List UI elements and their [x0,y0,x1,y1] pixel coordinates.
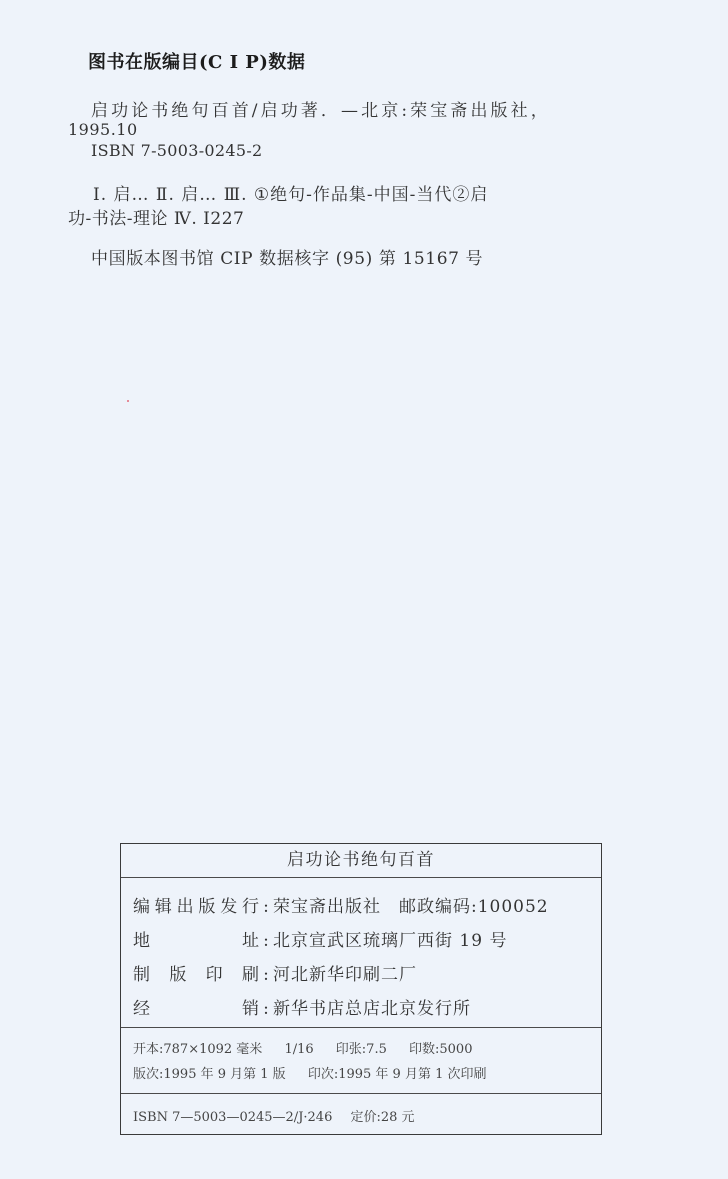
address-value: 北京宣武区琉璃厂西街 19 号 [273,926,507,951]
label-char: 辑 [155,892,172,917]
cip-isbn-line: ISBN 7-5003-0245-2 [91,141,263,160]
print-run: 印数:5000 [409,1042,472,1057]
publisher-value: 荣宝斋出版社 [273,892,381,917]
cip-classification-cont-line: 功-书法-理论 Ⅳ. I227 [68,204,244,229]
label-char: 地 [133,926,150,951]
label-char: 印 [206,960,223,985]
label-separator: : [259,897,273,917]
price: 定价:28 元 [351,1110,415,1125]
printer-value: 河北新华印刷二厂 [273,960,417,985]
publisher-label: 编 辑 出 版 发 行 [133,892,259,917]
colophon-specs-section: 开本:787×1092 毫米 1/16 印张:7.5 印数:5000 版次:19… [121,1028,601,1094]
label-char: 版 [198,892,215,917]
format-fraction: 1/16 [284,1042,313,1057]
cip-heading: 图书在版编目(C I P)数据 [88,48,305,74]
label-separator: : [259,931,273,951]
label-separator: : [259,965,273,985]
colophon-isbn-section: ISBN 7—5003—0245—2/J·246 定价:28 元 [121,1094,601,1125]
cip-title-line: 启功论书绝句百首/启功著．—北京:荣宝斋出版社， [91,96,551,121]
colophon-box: 启功论书绝句百首 编 辑 出 版 发 行 : 荣宝斋出版社 邮政编码:10005… [120,843,602,1135]
printer-row: 制 版 印 刷 : 河北新华印刷二厂 [133,960,601,994]
distributor-label: 经 销 [133,994,259,1019]
distributor-row: 经 销 : 新华书店总店北京发行所 [133,994,601,1028]
printing-info: 印次:1995 年 9 月第 1 次印刷 [308,1067,487,1082]
label-separator: : [259,999,273,1019]
label-char: 行 [242,892,259,917]
colophon-info-section: 编 辑 出 版 发 行 : 荣宝斋出版社 邮政编码:100052 地 址 : 北… [121,878,601,1028]
label-char: 经 [133,994,150,1019]
publisher-row: 编 辑 出 版 发 行 : 荣宝斋出版社 邮政编码:100052 [133,892,601,926]
print-speck [127,400,129,402]
label-char: 刷 [242,960,259,985]
edition-info: 版次:1995 年 9 月第 1 版 [133,1067,286,1082]
label-char: 址 [242,926,259,951]
printed-sheets: 印张:7.5 [336,1042,387,1057]
format-row: 开本:787×1092 毫米 1/16 印张:7.5 印数:5000 [133,1038,601,1063]
distributor-value: 新华书店总店北京发行所 [273,994,471,1019]
address-label: 地 址 [133,926,259,951]
isbn-code: ISBN 7—5003—0245—2/J·246 [133,1110,332,1125]
copyright-page: 图书在版编目(C I P)数据 启功论书绝句百首/启功著．—北京:荣宝斋出版社，… [0,0,728,1179]
printer-label: 制 版 印 刷 [133,960,259,985]
postal-code: 邮政编码:100052 [399,892,549,917]
label-char: 制 [133,960,150,985]
cip-classification-line: Ⅰ. 启… Ⅱ. 启… Ⅲ. ①绝句-作品集-中国-当代②启 [93,180,488,205]
format-size: 开本:787×1092 毫米 [133,1042,262,1057]
label-char: 出 [177,892,194,917]
label-char: 销 [242,994,259,1019]
label-char: 版 [169,960,186,985]
cip-date-line: 1995.10 [68,120,138,139]
colophon-title: 启功论书绝句百首 [121,844,601,878]
address-row: 地 址 : 北京宣武区琉璃厂西街 19 号 [133,926,601,960]
edition-row: 版次:1995 年 9 月第 1 版 印次:1995 年 9 月第 1 次印刷 [133,1063,601,1088]
cip-record-number-line: 中国版本图书馆 CIP 数据核字 (95) 第 15167 号 [91,244,483,269]
label-char: 发 [220,892,237,917]
label-char: 编 [133,892,150,917]
